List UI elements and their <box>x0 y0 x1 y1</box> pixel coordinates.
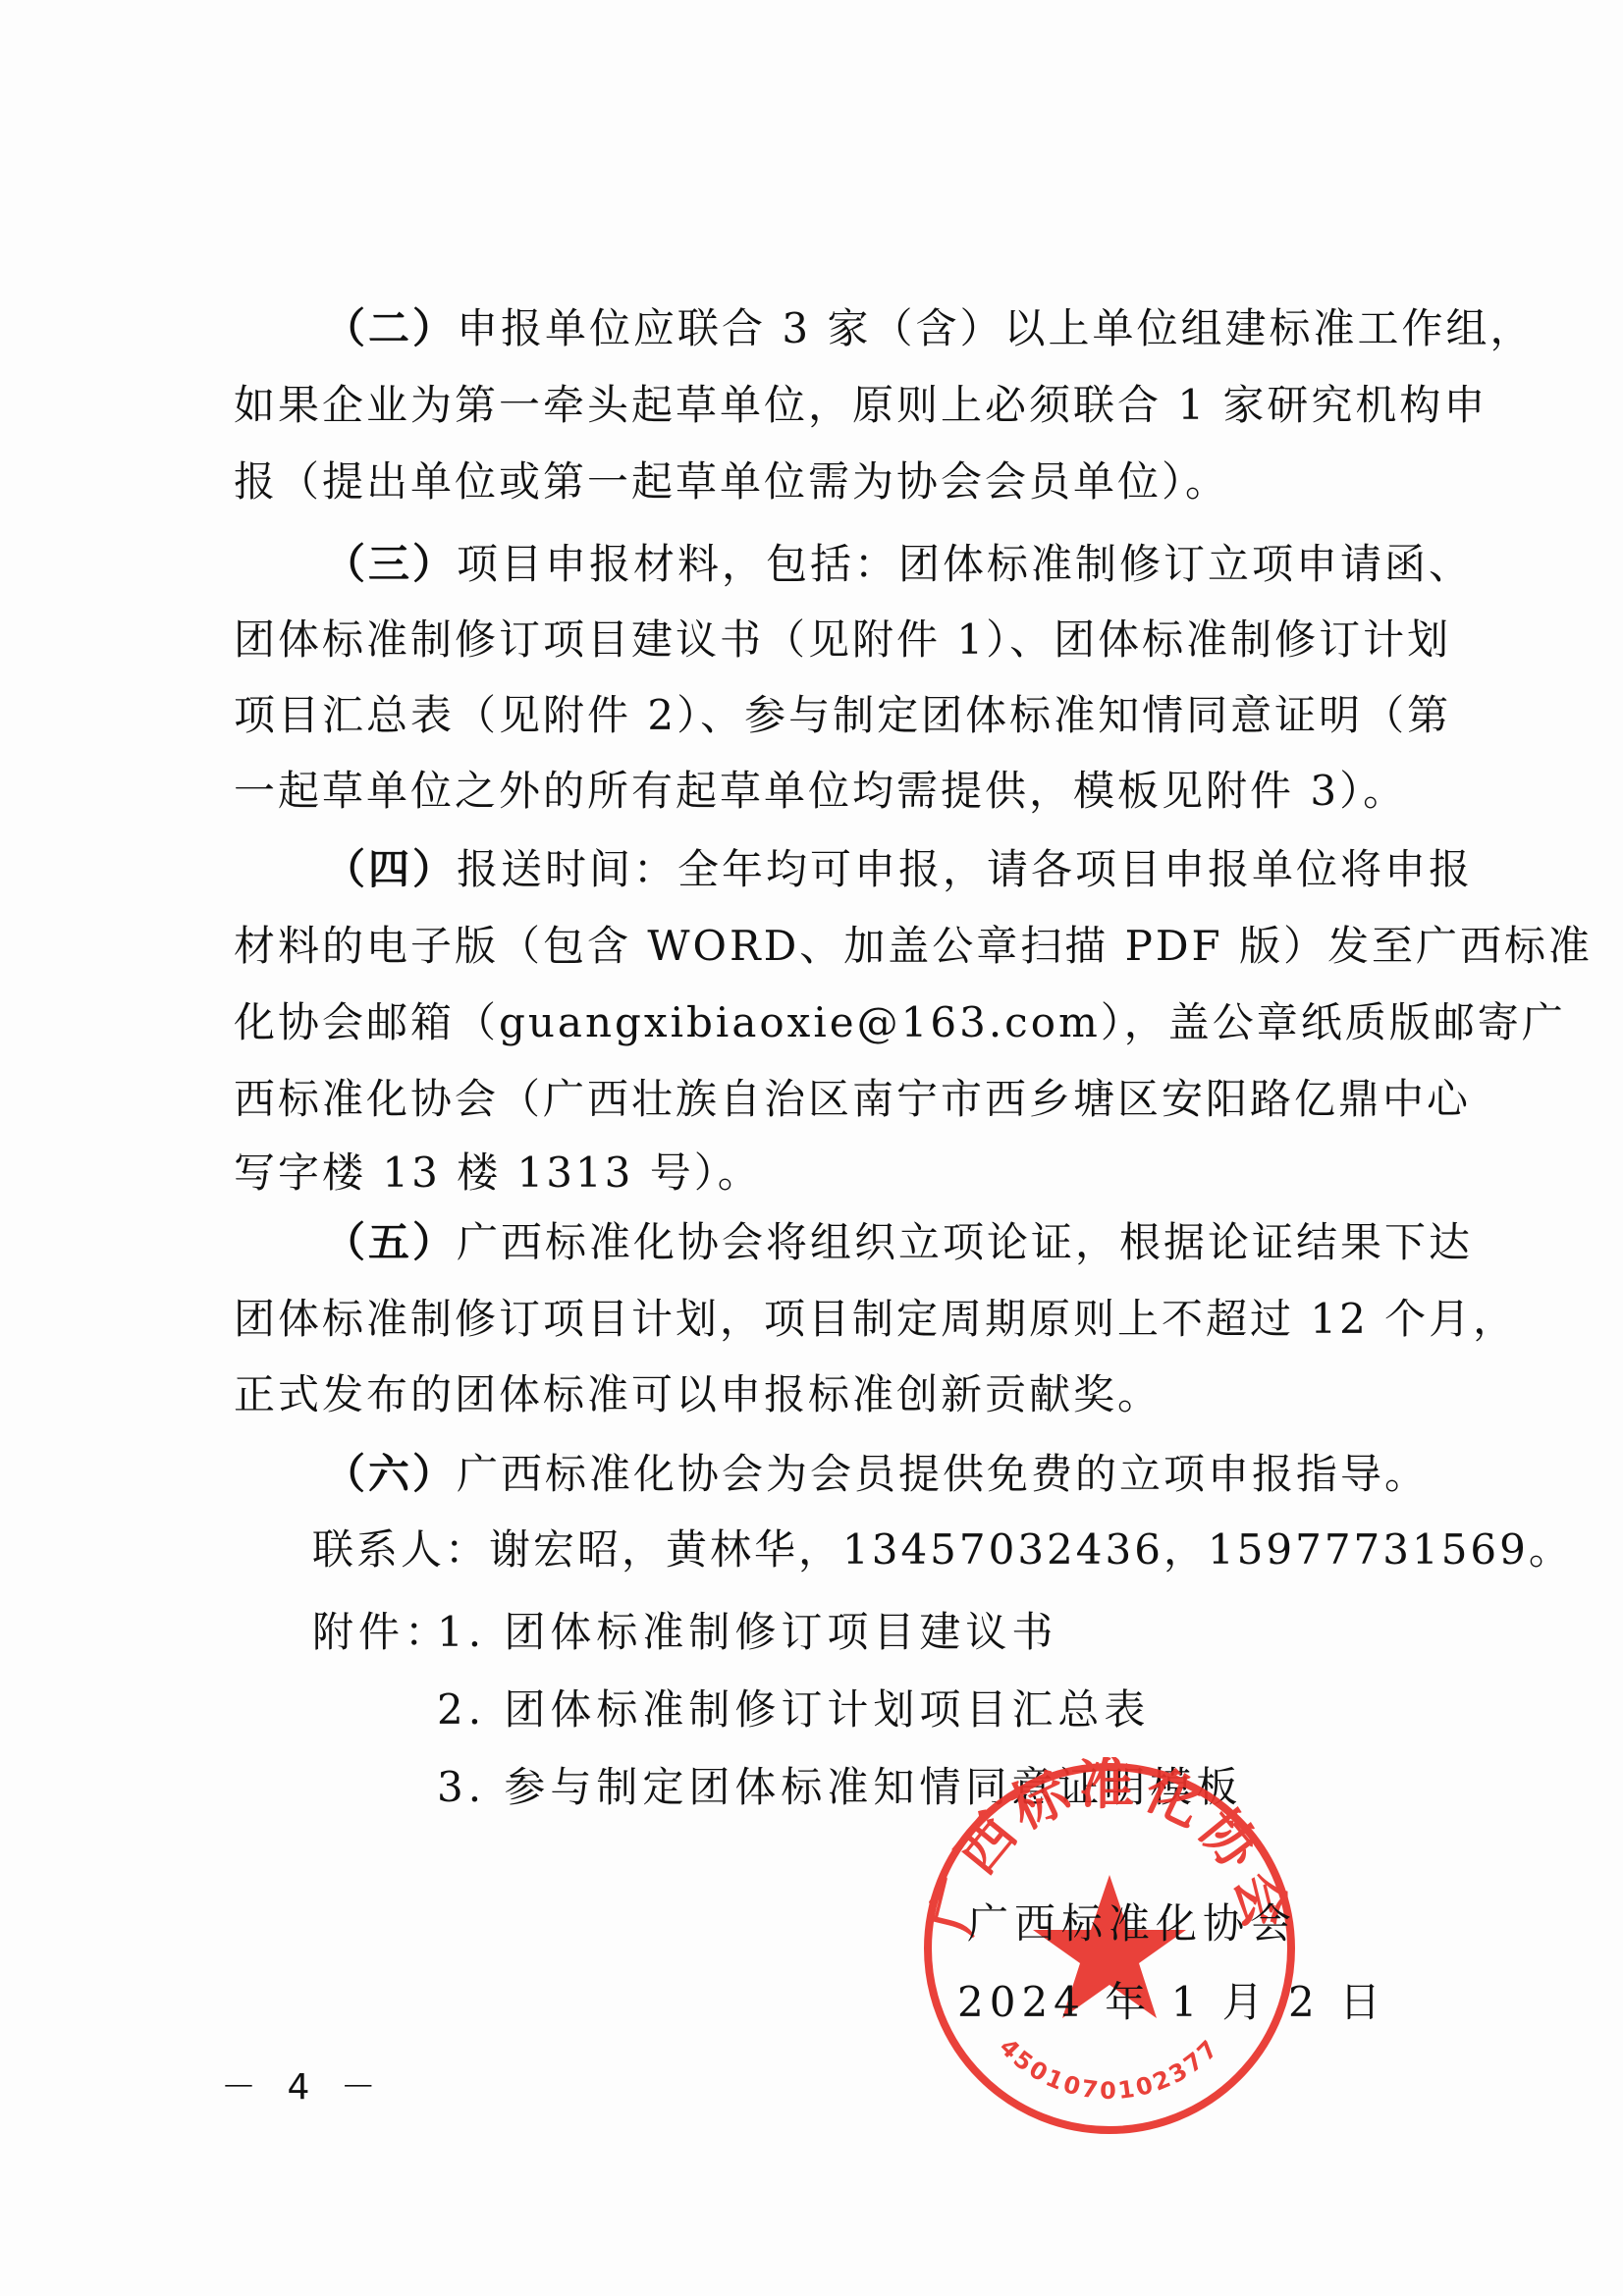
section-three-line-3: 项目汇总表（见附件 2）、参与制定团体标准知情同意证明（第 <box>234 686 1441 745</box>
document-page: （二）申报单位应联合 3 家（含）以上单位组建标准工作组， 如果企业为第一牵头起… <box>0 0 1623 2296</box>
svg-text:4501070102377: 4501070102377 <box>994 2033 1224 2105</box>
section-two-line-3: 报（提出单位或第一起草单位需为协会会员单位）。 <box>234 453 1441 511</box>
contact-line: 联系人：谢宏昭，黄林华，13457032436，15977731569。 <box>312 1521 1392 1579</box>
section-four-line-4: 西标准化协会（广西壮族自治区南宁市西乡塘区安阳路亿鼎中心 <box>234 1070 1441 1129</box>
signature-organization: 广西标准化协会 <box>967 1895 1297 1953</box>
section-six-line-1: （六）广西标准化协会为会员提供免费的立项申报指导。 <box>324 1445 1441 1504</box>
section-three-line-4: 一起草单位之外的所有起草单位均需提供，模板见附件 3）。 <box>234 762 1441 821</box>
section-two-line-2: 如果企业为第一牵头起草单位，原则上必须联合 1 家研究机构申 <box>234 376 1441 435</box>
section-three-line-2: 团体标准制修订项目建议书（见附件 1）、团体标准制修订计划 <box>234 611 1441 669</box>
section-three-line-1: （三）项目申报材料，包括：团体标准制修订立项申请函、 <box>324 535 1441 594</box>
section-four-line-1: （四）报送时间：全年均可申报，请各项目申报单位将申报 <box>324 840 1441 899</box>
section-four-line-5: 写字楼 13 楼 1313 号）。 <box>234 1144 1441 1202</box>
section-two-label: （二） <box>324 304 457 352</box>
section-four-line-3: 化协会邮箱（guangxibiaoxie@163.com），盖公章纸质版邮寄广 <box>234 993 1441 1052</box>
attachment-item-2: 2. 团体标准制修订计划项目汇总表 <box>437 1681 1150 1739</box>
section-four-label: （四） <box>324 845 457 893</box>
section-four-line-2: 材料的电子版（包含 WORD、加盖公章扫描 PDF 版）发至广西标准 <box>234 917 1441 976</box>
section-two-line-1: （二）申报单位应联合 3 家（含）以上单位组建标准工作组， <box>324 299 1441 358</box>
section-three-label: （三） <box>324 540 457 588</box>
section-five-label: （五） <box>324 1218 457 1266</box>
section-five-line-3: 正式发布的团体标准可以申报标准创新贡献奖。 <box>234 1365 1441 1424</box>
attachment-item-1: 1. 团体标准制修订项目建议书 <box>437 1603 1057 1662</box>
attachments-label: 附件： <box>312 1603 451 1662</box>
page-number: － 4 － <box>221 2059 386 2109</box>
section-six-label: （六） <box>324 1450 457 1498</box>
section-five-line-1: （五）广西标准化协会将组织立项论证，根据论证结果下达 <box>324 1213 1441 1272</box>
signature-date: 2024 年 1 月 2 日 <box>957 1973 1386 2032</box>
section-five-line-2: 团体标准制修订项目计划，项目制定周期原则上不超过 12 个月， <box>234 1290 1441 1349</box>
